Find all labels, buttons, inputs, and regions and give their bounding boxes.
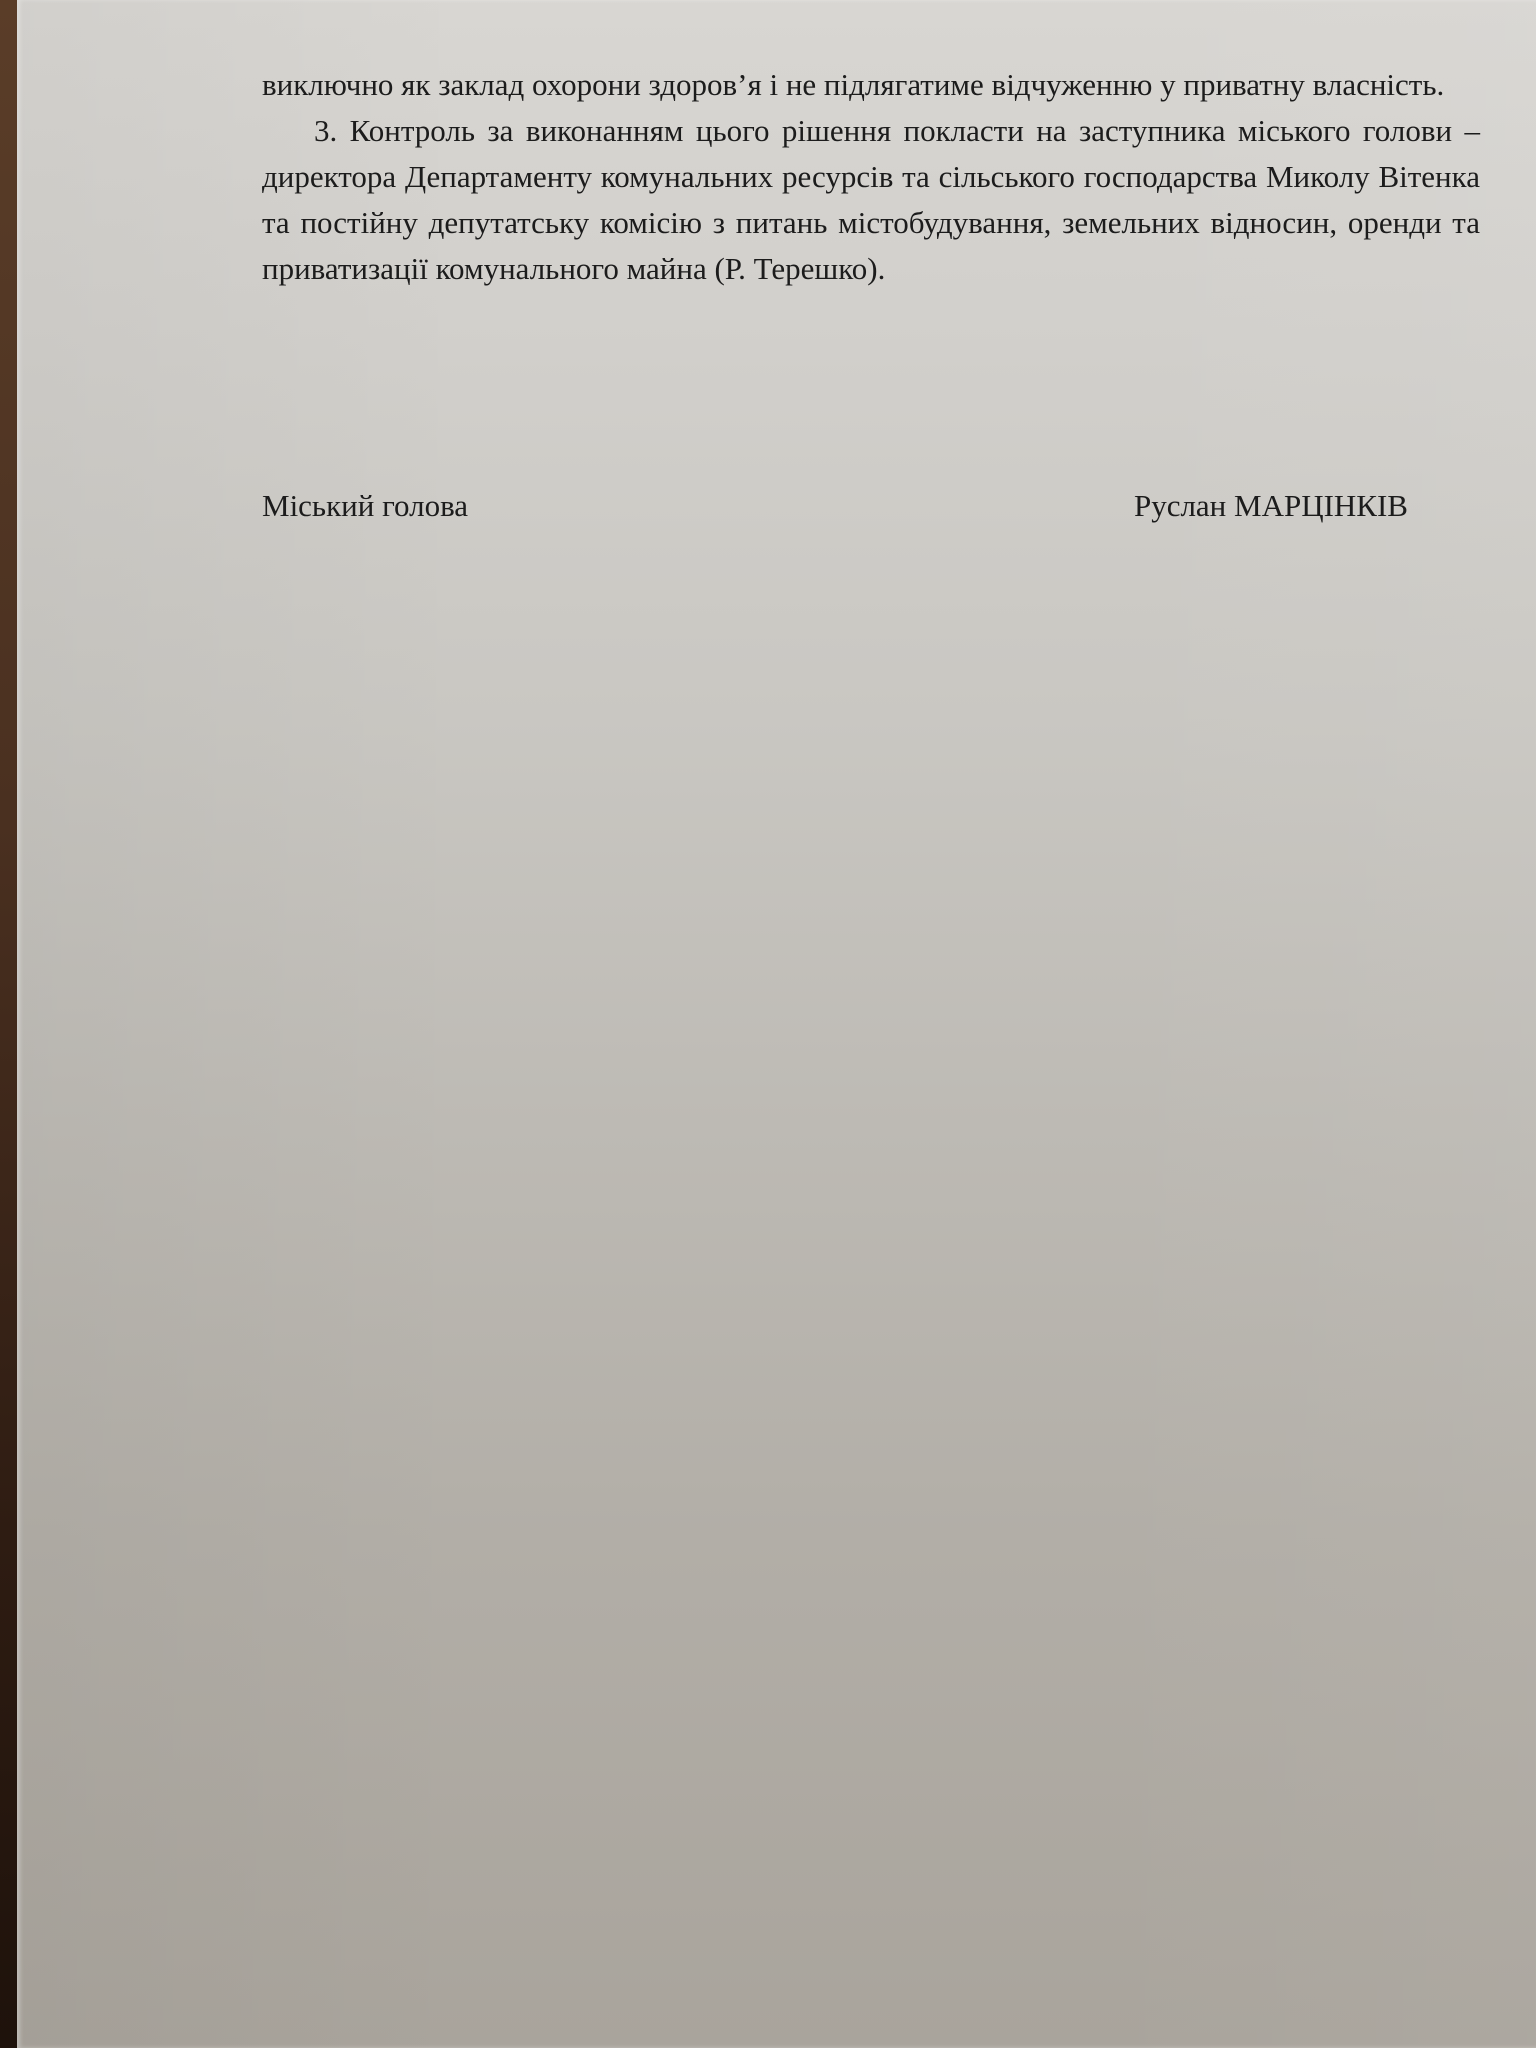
signatory-position: Міський голова — [262, 488, 468, 524]
paragraph-continuation: виключно як заклад охорони здоров’я і не… — [262, 62, 1480, 108]
signatory-name: Руслан МАРЦІНКІВ — [1134, 488, 1408, 524]
paper-sheet — [17, 0, 1536, 2048]
document-body: виключно як заклад охорони здоров’я і не… — [262, 62, 1480, 292]
signature-block: Міський голова Руслан МАРЦІНКІВ — [262, 488, 1408, 524]
paragraph-control-clause: 3. Контроль за виконанням цього рішення … — [262, 108, 1480, 292]
